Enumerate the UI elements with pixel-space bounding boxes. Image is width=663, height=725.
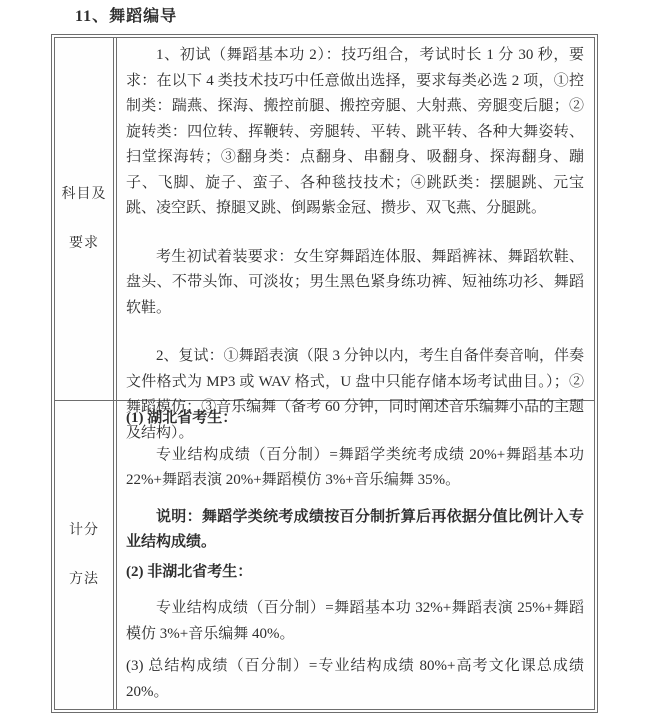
paragraph-non-hubei-header: (2) 非湖北省考生： (126, 560, 584, 586)
paragraph-total-formula: (3) 总结构成绩（百分制）=专业结构成绩 80%+高考文化课总成绩 20%。 (126, 654, 584, 705)
exam-requirements-table: 科目及 要求 1、初试（舞蹈基本功 2）：技巧组合，考试时长 1 分 30 秒，… (51, 34, 598, 713)
paragraph-non-hubei-formula: 专业结构成绩（百分制）=舞蹈基本功 32%+舞蹈表演 25%+舞蹈模仿 3%+音… (126, 596, 584, 647)
paragraph-first-exam: 1、初试（舞蹈基本功 2）：技巧组合，考试时长 1 分 30 秒，要求：在以下 … (126, 43, 584, 222)
subject-label-line-1: 科目及 (62, 182, 107, 207)
scoring-label-line-2: 方法 (69, 567, 99, 592)
scoring-method-row: 计分 方法 (1) 湖北省考生： 专业结构成绩（百分制）=舞蹈学类统考成绩 20… (55, 401, 594, 709)
scoring-row-label: 计分 方法 (55, 401, 117, 709)
scoring-label-line-1: 计分 (69, 518, 99, 543)
paragraph-hubei-formula: 专业结构成绩（百分制）=舞蹈学类统考成绩 20%+舞蹈基本功 22%+舞蹈表演 … (126, 443, 584, 494)
paragraph-hubei-header: (1) 湖北省考生： (126, 406, 584, 432)
paragraph-dress-code: 考生初试着装要求：女生穿舞蹈连体服、舞蹈裤袜、舞蹈软鞋、盘头、不带头饰、可淡妆；… (126, 245, 584, 322)
scoring-row-content: (1) 湖北省考生： 专业结构成绩（百分制）=舞蹈学类统考成绩 20%+舞蹈基本… (117, 401, 594, 709)
subject-row-content: 1、初试（舞蹈基本功 2）：技巧组合，考试时长 1 分 30 秒，要求：在以下 … (117, 38, 594, 400)
page-title: 11、舞蹈编导 (75, 3, 177, 26)
subject-label-line-2: 要求 (69, 231, 99, 256)
subject-row-label: 科目及 要求 (55, 38, 117, 400)
paragraph-note: 说明：舞蹈学类统考成绩按百分制折算后再依据分值比例计入专业结构成绩。 (126, 505, 584, 556)
subject-requirements-row: 科目及 要求 1、初试（舞蹈基本功 2）：技巧组合，考试时长 1 分 30 秒，… (55, 38, 594, 401)
